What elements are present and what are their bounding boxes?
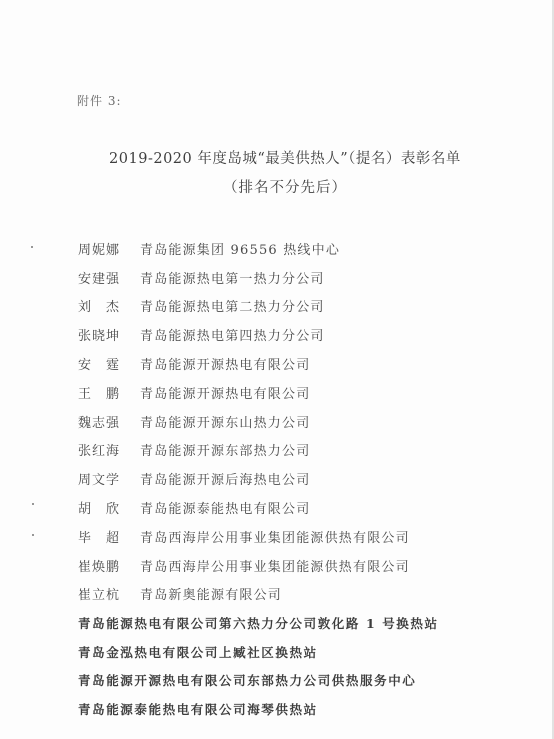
honoree-row: 张红海 青岛能源开源东部热力公司 (78, 436, 439, 465)
document-subtitle: （排名不分先后） (0, 176, 554, 197)
honoree-org: 青岛能源泰能热电有限公司 (140, 498, 310, 517)
honoree-name: 周文学 (78, 469, 140, 488)
honoree-row: 魏志强 青岛能源开源东山热力公司 (78, 407, 439, 436)
honoree-name: 毕 超 (78, 527, 140, 546)
document-page: 附件 3: 2019-2020 年度岛城“最美供热人”（提名）表彰名单 （排名不… (0, 0, 554, 739)
honoree-row: 安建强 青岛能源热电第一热力分公司 (78, 263, 439, 292)
honoree-name: 王 鹏 (78, 383, 140, 402)
honored-unit-row: 青岛能源开源热电有限公司东部热力公司供热服务中心 (78, 666, 439, 695)
honoree-name: 安 霆 (78, 354, 140, 373)
honoree-row: 周妮娜 青岛能源集团 96556 热线中心 (78, 234, 439, 263)
honoree-org: 青岛能源开源东部热力公司 (140, 440, 310, 459)
honoree-org: 青岛能源开源热电有限公司 (140, 354, 310, 373)
document-title: 2019-2020 年度岛城“最美供热人”（提名）表彰名单 (0, 147, 554, 168)
honoree-name: 安建强 (78, 268, 140, 287)
attachment-label: 附件 3: (77, 92, 122, 109)
honored-unit: 青岛能源开源热电有限公司东部热力公司供热服务中心 (78, 671, 416, 689)
honoree-org: 青岛能源开源热电有限公司 (140, 383, 310, 402)
honored-unit: 青岛能源热电有限公司第六热力分公司敦化路 1 号换热站 (78, 614, 439, 632)
honored-unit: 青岛金泓热电有限公司上臧社区换热站 (78, 643, 318, 661)
honoree-org: 青岛能源热电第四热力分公司 (140, 325, 325, 344)
honoree-org: 青岛新奥能源有限公司 (140, 584, 282, 603)
honored-unit: 青岛能源泰能热电有限公司海琴供热站 (78, 700, 318, 718)
scan-speck (32, 534, 34, 536)
honoree-name: 崔焕鹏 (78, 556, 140, 575)
honored-unit-row: 青岛金泓热电有限公司上臧社区换热站 (78, 637, 439, 666)
honoree-org: 青岛能源集团 96556 热线中心 (140, 239, 340, 258)
honoree-org: 青岛西海岸公用事业集团能源供热有限公司 (140, 556, 410, 575)
honoree-name: 刘 杰 (78, 296, 140, 315)
honoree-row: 崔焕鹏 青岛西海岸公用事业集团能源供热有限公司 (78, 551, 439, 580)
honoree-list: 周妮娜 青岛能源集团 96556 热线中心 安建强 青岛能源热电第一热力分公司 … (78, 234, 439, 724)
honoree-org: 青岛能源开源东山热力公司 (140, 412, 310, 431)
honoree-row: 张晓坤 青岛能源热电第四热力分公司 (78, 320, 439, 349)
honoree-row: 安 霆 青岛能源开源热电有限公司 (78, 349, 439, 378)
honoree-name: 张红海 (78, 440, 140, 459)
honoree-org: 青岛能源热电第一热力分公司 (140, 268, 325, 287)
honoree-row: 刘 杰 青岛能源热电第二热力分公司 (78, 292, 439, 321)
honoree-name: 崔立杭 (78, 584, 140, 603)
honoree-row: 崔立杭 青岛新奥能源有限公司 (78, 580, 439, 609)
honoree-row: 毕 超 青岛西海岸公用事业集团能源供热有限公司 (78, 522, 439, 551)
honoree-org: 青岛能源开源后海热电公司 (140, 469, 310, 488)
honoree-name: 魏志强 (78, 412, 140, 431)
honoree-row: 胡 欣 青岛能源泰能热电有限公司 (78, 493, 439, 522)
scan-speck (31, 246, 33, 248)
honoree-name: 周妮娜 (78, 239, 140, 258)
honored-unit-row: 青岛能源热电有限公司第六热力分公司敦化路 1 号换热站 (78, 608, 439, 637)
honoree-name: 胡 欣 (78, 498, 140, 517)
honoree-name: 张晓坤 (78, 325, 140, 344)
honoree-org: 青岛能源热电第二热力分公司 (140, 296, 325, 315)
honored-unit-row: 青岛能源泰能热电有限公司海琴供热站 (78, 695, 439, 724)
honoree-row: 王 鹏 青岛能源开源热电有限公司 (78, 378, 439, 407)
scan-speck (32, 503, 34, 505)
honoree-row: 周文学 青岛能源开源后海热电公司 (78, 464, 439, 493)
honoree-org: 青岛西海岸公用事业集团能源供热有限公司 (140, 527, 410, 546)
